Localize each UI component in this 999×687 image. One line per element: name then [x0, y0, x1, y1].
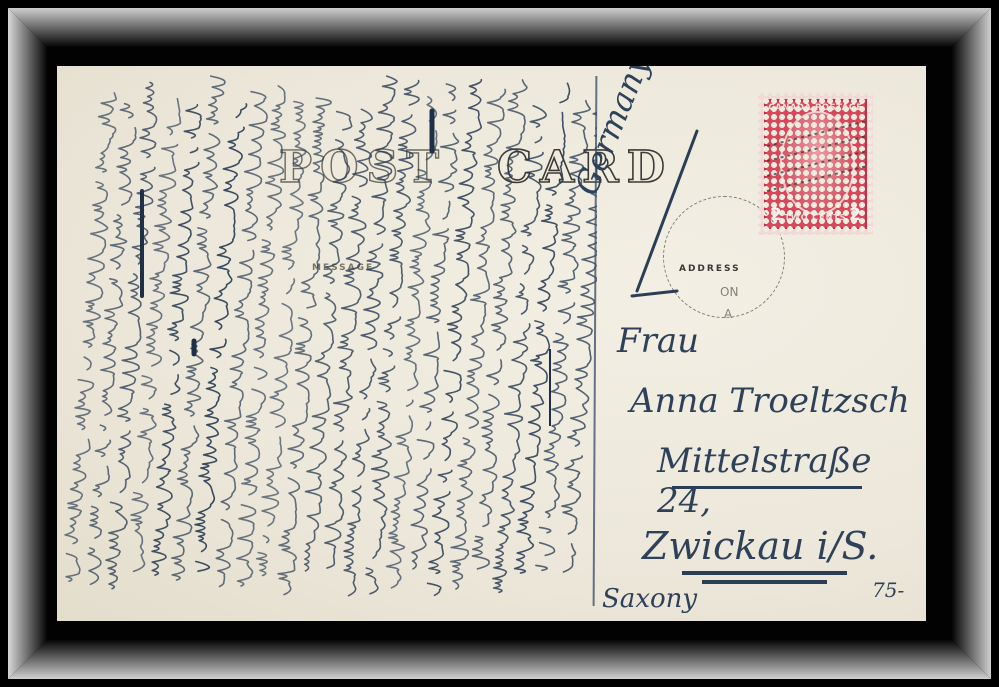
bevel-bottom	[8, 639, 991, 679]
bevel-top	[8, 8, 991, 48]
street-underline	[672, 486, 862, 489]
bevel-left	[8, 8, 48, 679]
address-street: Mittelstraße 24,	[657, 441, 926, 521]
slash-mark	[627, 126, 727, 326]
postcard: POST CARD MESSAGE ADDRESS ON A CANADA PO…	[57, 66, 926, 621]
address-region: Saxony	[602, 584, 697, 614]
handwritten-message	[57, 66, 597, 621]
margin-note: 75-	[872, 578, 904, 602]
bevel-right	[951, 8, 991, 679]
cancellation-bars	[757, 91, 877, 241]
address-salutation: Frau	[617, 321, 699, 361]
address-city: Zwickau i/S.	[642, 524, 878, 568]
address-name: Anna Troeltzsch	[630, 381, 910, 421]
city-underline-1	[682, 571, 847, 575]
city-underline-2	[702, 580, 827, 584]
